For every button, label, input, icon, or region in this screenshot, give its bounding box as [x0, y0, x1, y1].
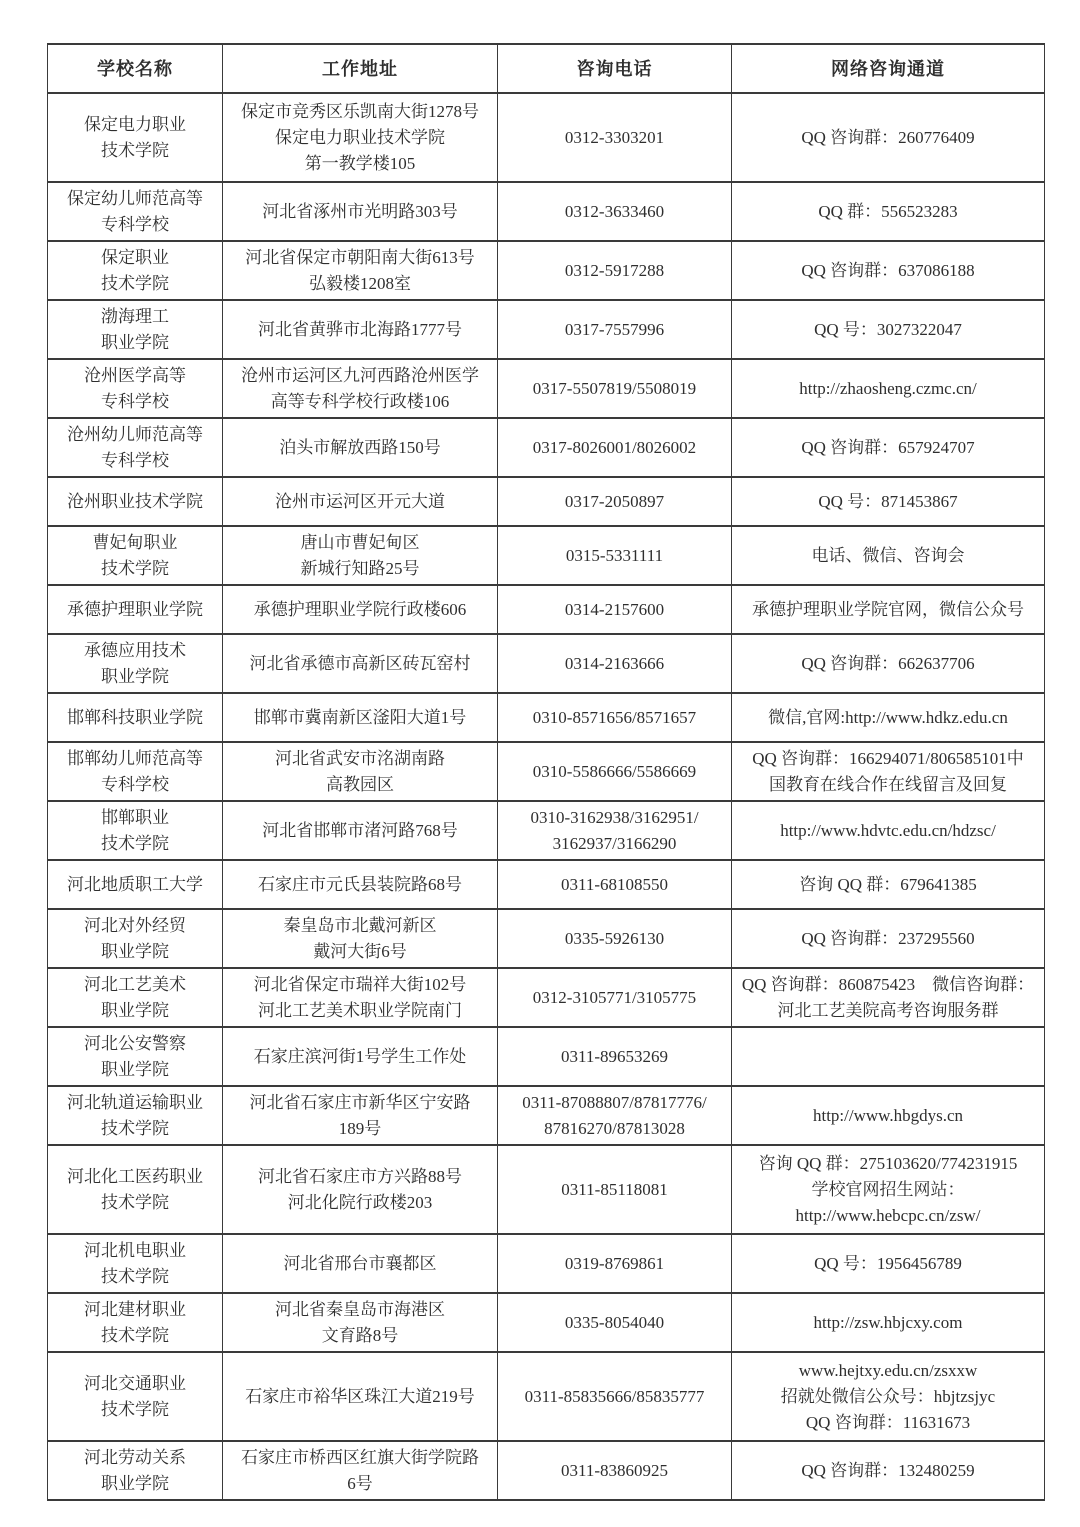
school-name-cell: 河北劳动关系 职业学院: [48, 1441, 223, 1500]
address-cell: 邯郸市冀南新区滏阳大道1号: [223, 693, 498, 742]
phone-cell: 0314-2163666: [498, 634, 732, 693]
header-phone: 咨询电话: [498, 44, 732, 93]
school-name-cell: 邯郸幼儿师范高等 专科学校: [48, 742, 223, 801]
header-row: 学校名称 工作地址 咨询电话 网络咨询通道: [48, 44, 1045, 93]
address-cell: 河北省保定市瑞祥大街102号 河北工艺美术职业学院南门: [223, 968, 498, 1027]
address-cell: 石家庄市裕华区珠江大道219号: [223, 1352, 498, 1441]
online-channel-cell: QQ 咨询群：237295560: [732, 909, 1045, 968]
table-row: 承德应用技术 职业学院河北省承德市高新区砖瓦窑村0314-2163666QQ 咨…: [48, 634, 1045, 693]
online-channel-cell: QQ 咨询群：657924707: [732, 418, 1045, 477]
online-channel-cell: 咨询 QQ 群：679641385: [732, 860, 1045, 909]
online-channel-cell: QQ 咨询群：637086188: [732, 241, 1045, 300]
header-online-channel: 网络咨询通道: [732, 44, 1045, 93]
online-channel-cell: http://zhaosheng.czmc.cn/: [732, 359, 1045, 418]
online-channel-cell: QQ 群：556523283: [732, 182, 1045, 241]
document-page: 学校名称 工作地址 咨询电话 网络咨询通道 保定电力职业 技术学院保定市竞秀区乐…: [0, 0, 1080, 1527]
address-cell: 石家庄滨河街1号学生工作处: [223, 1027, 498, 1086]
school-name-cell: 沧州医学高等 专科学校: [48, 359, 223, 418]
phone-cell: 0315-5331111: [498, 526, 732, 585]
address-cell: 河北省邢台市襄都区: [223, 1234, 498, 1293]
phone-cell: 0317-8026001/8026002: [498, 418, 732, 477]
address-cell: 河北省黄骅市北海路1777号: [223, 300, 498, 359]
address-cell: 河北省石家庄市方兴路88号 河北化院行政楼203: [223, 1145, 498, 1234]
school-name-cell: 曹妃甸职业 技术学院: [48, 526, 223, 585]
table-row: 河北劳动关系 职业学院石家庄市桥西区红旗大街学院路 6号0311-8386092…: [48, 1441, 1045, 1500]
phone-cell: 0310-3162938/3162951/ 3162937/3166290: [498, 801, 732, 860]
phone-cell: 0317-2050897: [498, 477, 732, 526]
online-channel-cell: QQ 号：1956456789: [732, 1234, 1045, 1293]
address-cell: 河北省武安市洺湖南路 高教园区: [223, 742, 498, 801]
online-channel-cell: 承德护理职业学院官网，微信公众号: [732, 585, 1045, 634]
header-address: 工作地址: [223, 44, 498, 93]
table-row: 邯郸幼儿师范高等 专科学校河北省武安市洺湖南路 高教园区0310-5586666…: [48, 742, 1045, 801]
table-row: 沧州职业技术学院沧州市运河区开元大道0317-2050897QQ 号：87145…: [48, 477, 1045, 526]
address-cell: 保定市竞秀区乐凯南大街1278号 保定电力职业技术学院 第一教学楼105: [223, 93, 498, 182]
phone-cell: 0312-5917288: [498, 241, 732, 300]
table-row: 渤海理工 职业学院河北省黄骅市北海路1777号0317-7557996QQ 号：…: [48, 300, 1045, 359]
address-cell: 沧州市运河区开元大道: [223, 477, 498, 526]
school-name-cell: 保定电力职业 技术学院: [48, 93, 223, 182]
table-row: 河北轨道运输职业 技术学院河北省石家庄市新华区宁安路 189号0311-8708…: [48, 1086, 1045, 1145]
table-row: 保定幼儿师范高等 专科学校河北省涿州市光明路303号0312-3633460QQ…: [48, 182, 1045, 241]
table-row: 河北对外经贸 职业学院秦皇岛市北戴河新区 戴河大街6号0335-5926130Q…: [48, 909, 1045, 968]
school-name-cell: 河北化工医药职业 技术学院: [48, 1145, 223, 1234]
address-cell: 河北省承德市高新区砖瓦窑村: [223, 634, 498, 693]
phone-cell: 0312-3303201: [498, 93, 732, 182]
school-name-cell: 河北公安警察 职业学院: [48, 1027, 223, 1086]
online-channel-cell: 微信,官网:http://www.hdkz.edu.cn: [732, 693, 1045, 742]
address-cell: 河北省保定市朝阳南大街613号 弘毅楼1208室: [223, 241, 498, 300]
school-name-cell: 保定幼儿师范高等 专科学校: [48, 182, 223, 241]
address-cell: 石家庄市桥西区红旗大街学院路 6号: [223, 1441, 498, 1500]
school-name-cell: 承德护理职业学院: [48, 585, 223, 634]
school-name-cell: 河北地质职工大学: [48, 860, 223, 909]
online-channel-cell: www.hejtxy.edu.cn/zsxxw 招就处微信公众号：hbjtzsj…: [732, 1352, 1045, 1441]
table-row: 河北建材职业 技术学院河北省秦皇岛市海港区 文育路8号0335-8054040h…: [48, 1293, 1045, 1352]
table-row: 曹妃甸职业 技术学院唐山市曹妃甸区 新城行知路25号0315-5331111电话…: [48, 526, 1045, 585]
school-name-cell: 沧州职业技术学院: [48, 477, 223, 526]
table-row: 邯郸科技职业学院邯郸市冀南新区滏阳大道1号0310-8571656/857165…: [48, 693, 1045, 742]
school-contact-table: 学校名称 工作地址 咨询电话 网络咨询通道 保定电力职业 技术学院保定市竞秀区乐…: [47, 43, 1045, 1501]
online-channel-cell: QQ 咨询群：166294071/806585101中 国教育在线合作在线留言及…: [732, 742, 1045, 801]
phone-cell: 0311-68108550: [498, 860, 732, 909]
table-row: 河北公安警察 职业学院石家庄滨河街1号学生工作处0311-89653269: [48, 1027, 1045, 1086]
table-row: 沧州幼儿师范高等 专科学校泊头市解放西路150号0317-8026001/802…: [48, 418, 1045, 477]
phone-cell: 0335-8054040: [498, 1293, 732, 1352]
school-name-cell: 河北工艺美术 职业学院: [48, 968, 223, 1027]
online-channel-cell: QQ 咨询群：260776409: [732, 93, 1045, 182]
school-name-cell: 河北对外经贸 职业学院: [48, 909, 223, 968]
online-channel-cell: http://www.hdvtc.edu.cn/hdzsc/: [732, 801, 1045, 860]
phone-cell: 0312-3633460: [498, 182, 732, 241]
address-cell: 河北省石家庄市新华区宁安路 189号: [223, 1086, 498, 1145]
school-name-cell: 沧州幼儿师范高等 专科学校: [48, 418, 223, 477]
school-name-cell: 河北轨道运输职业 技术学院: [48, 1086, 223, 1145]
school-name-cell: 承德应用技术 职业学院: [48, 634, 223, 693]
address-cell: 河北省涿州市光明路303号: [223, 182, 498, 241]
phone-cell: 0311-89653269: [498, 1027, 732, 1086]
phone-cell: 0311-85835666/85835777: [498, 1352, 732, 1441]
table-row: 保定职业 技术学院河北省保定市朝阳南大街613号 弘毅楼1208室0312-59…: [48, 241, 1045, 300]
phone-cell: 0319-8769861: [498, 1234, 732, 1293]
online-channel-cell: QQ 咨询群：860875423 微信咨询群： 河北工艺美院高考咨询服务群: [732, 968, 1045, 1027]
school-name-cell: 河北机电职业 技术学院: [48, 1234, 223, 1293]
address-cell: 沧州市运河区九河西路沧州医学 高等专科学校行政楼106: [223, 359, 498, 418]
address-cell: 唐山市曹妃甸区 新城行知路25号: [223, 526, 498, 585]
phone-cell: 0310-8571656/8571657: [498, 693, 732, 742]
online-channel-cell: QQ 咨询群：662637706: [732, 634, 1045, 693]
school-name-cell: 邯郸科技职业学院: [48, 693, 223, 742]
online-channel-cell: QQ 咨询群：132480259: [732, 1441, 1045, 1500]
phone-cell: 0317-5507819/5508019: [498, 359, 732, 418]
online-channel-cell: 咨询 QQ 群：275103620/774231915 学校官网招生网站： ht…: [732, 1145, 1045, 1234]
table-row: 河北地质职工大学石家庄市元氏县装院路68号0311-68108550咨询 QQ …: [48, 860, 1045, 909]
table-row: 河北交通职业 技术学院石家庄市裕华区珠江大道219号0311-85835666/…: [48, 1352, 1045, 1441]
online-channel-cell: QQ 号：871453867: [732, 477, 1045, 526]
online-channel-cell: http://www.hbgdys.cn: [732, 1086, 1045, 1145]
header-school-name: 学校名称: [48, 44, 223, 93]
phone-cell: 0335-5926130: [498, 909, 732, 968]
table-row: 承德护理职业学院承德护理职业学院行政楼6060314-2157600承德护理职业…: [48, 585, 1045, 634]
online-channel-cell: QQ 号：3027322047: [732, 300, 1045, 359]
address-cell: 河北省邯郸市渚河路768号: [223, 801, 498, 860]
school-name-cell: 渤海理工 职业学院: [48, 300, 223, 359]
address-cell: 承德护理职业学院行政楼606: [223, 585, 498, 634]
table-row: 河北化工医药职业 技术学院河北省石家庄市方兴路88号 河北化院行政楼203031…: [48, 1145, 1045, 1234]
school-name-cell: 邯郸职业 技术学院: [48, 801, 223, 860]
address-cell: 秦皇岛市北戴河新区 戴河大街6号: [223, 909, 498, 968]
phone-cell: 0317-7557996: [498, 300, 732, 359]
school-name-cell: 河北交通职业 技术学院: [48, 1352, 223, 1441]
online-channel-cell: 电话、微信、咨询会: [732, 526, 1045, 585]
table-row: 河北工艺美术 职业学院河北省保定市瑞祥大街102号 河北工艺美术职业学院南门03…: [48, 968, 1045, 1027]
table-row: 沧州医学高等 专科学校沧州市运河区九河西路沧州医学 高等专科学校行政楼10603…: [48, 359, 1045, 418]
online-channel-cell: [732, 1027, 1045, 1086]
address-cell: 石家庄市元氏县装院路68号: [223, 860, 498, 909]
phone-cell: 0314-2157600: [498, 585, 732, 634]
phone-cell: 0311-87088807/87817776/ 87816270/8781302…: [498, 1086, 732, 1145]
phone-cell: 0310-5586666/5586669: [498, 742, 732, 801]
address-cell: 泊头市解放西路150号: [223, 418, 498, 477]
phone-cell: 0312-3105771/3105775: [498, 968, 732, 1027]
phone-cell: 0311-85118081: [498, 1145, 732, 1234]
phone-cell: 0311-83860925: [498, 1441, 732, 1500]
address-cell: 河北省秦皇岛市海港区 文育路8号: [223, 1293, 498, 1352]
school-name-cell: 河北建材职业 技术学院: [48, 1293, 223, 1352]
table-row: 邯郸职业 技术学院河北省邯郸市渚河路768号0310-3162938/31629…: [48, 801, 1045, 860]
school-name-cell: 保定职业 技术学院: [48, 241, 223, 300]
online-channel-cell: http://zsw.hbjcxy.com: [732, 1293, 1045, 1352]
table-row: 保定电力职业 技术学院保定市竞秀区乐凯南大街1278号 保定电力职业技术学院 第…: [48, 93, 1045, 182]
table-row: 河北机电职业 技术学院河北省邢台市襄都区0319-8769861QQ 号：195…: [48, 1234, 1045, 1293]
